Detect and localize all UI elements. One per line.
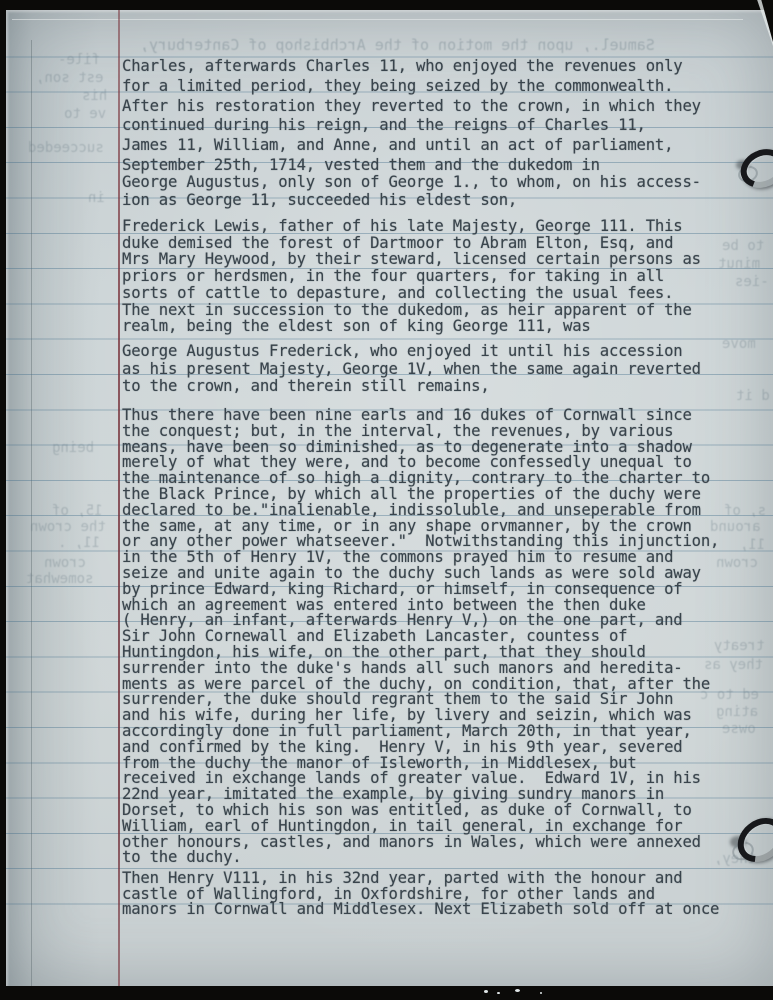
- paragraph-frederick-lewis: Frederick Lewis, father of his late Maje…: [122, 218, 701, 335]
- paragraph-charles: Charles, afterwards Charles 11, who enjo…: [122, 57, 701, 176]
- dust-speck: [497, 992, 500, 994]
- dust-speck: [484, 990, 488, 993]
- paragraph-henry-viii: Then Henry V111, in his 32nd year, parte…: [122, 871, 719, 918]
- paragraph-duchy-history: Thus there have been nine earls and 16 d…: [122, 408, 719, 866]
- paper-top-edge: [12, 19, 743, 20]
- dust-speck: [540, 992, 542, 994]
- manuscript-page: Samuel., upon the motion of the Archbish…: [6, 10, 773, 986]
- paragraph-george-augustus: George Augustus, only son of George 1., …: [122, 174, 701, 209]
- paragraph-george-frederick: George Augustus Frederick, who enjoyed i…: [122, 343, 701, 396]
- dust-speck: [515, 989, 520, 992]
- photo-frame: Samuel., upon the motion of the Archbish…: [0, 0, 773, 1000]
- red-margin-line: [118, 10, 120, 986]
